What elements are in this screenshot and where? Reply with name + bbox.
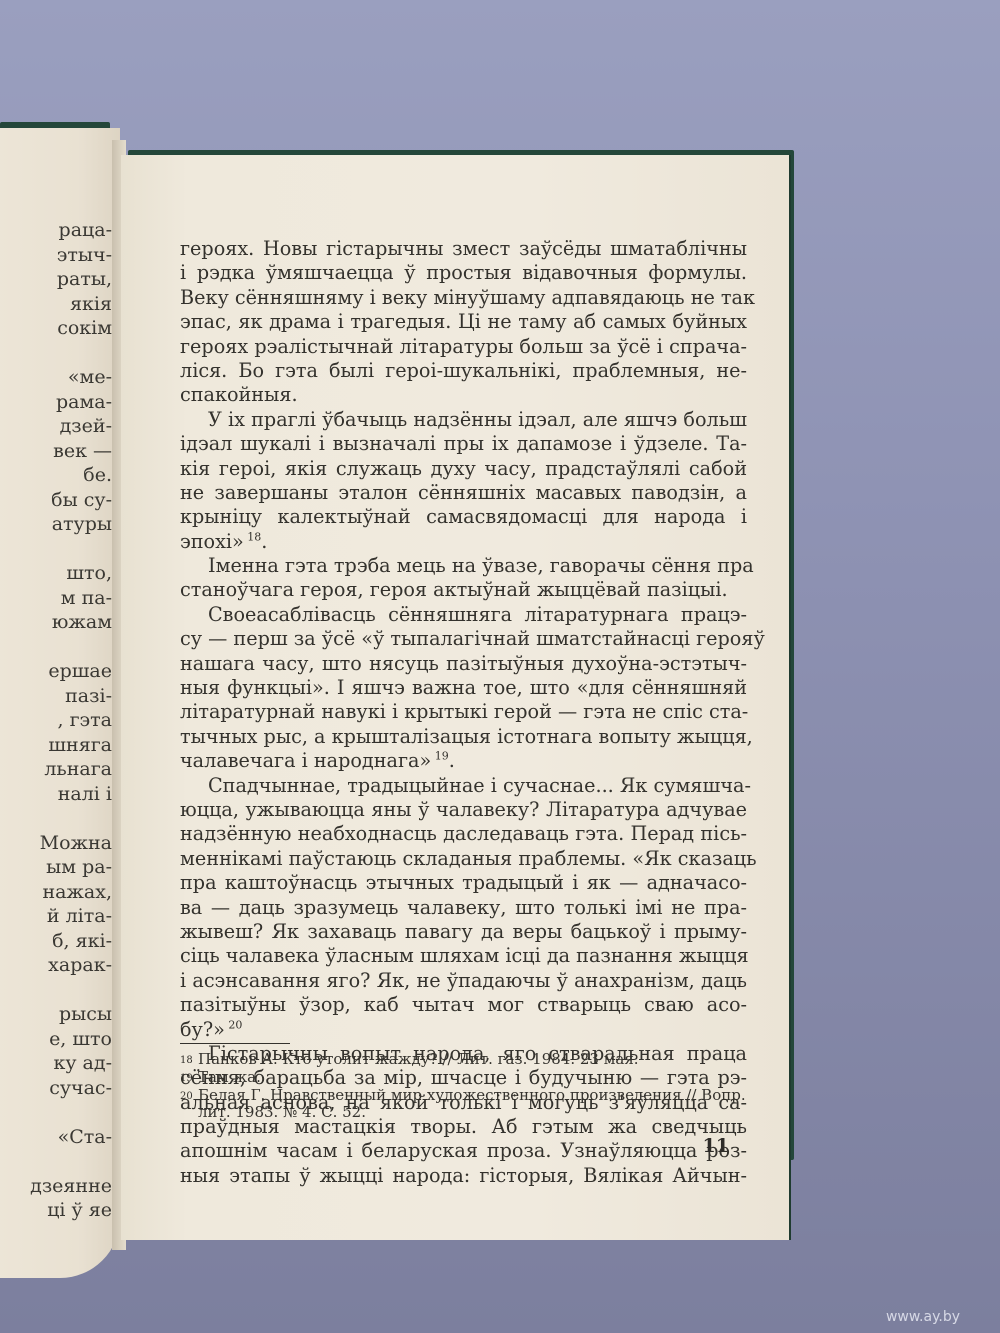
text-line: сіць чалавека ўласным шляхам ісці да паз… <box>180 944 747 968</box>
left-page-line <box>0 1149 112 1174</box>
watermark: www.ay.by <box>886 1309 960 1325</box>
text-line: і рэдка ўмяшчаецца ў простыя відавочныя … <box>180 261 747 285</box>
text-line: героях. Новы гістарычны змест заўсёды шм… <box>180 237 747 261</box>
text-line: кія героі, якія служаць духу часу, прадс… <box>180 457 747 481</box>
left-page-line <box>0 635 112 660</box>
text-line: ныя этапы ў жыцці народа: гісторыя, Вялі… <box>180 1164 747 1188</box>
left-page-line <box>0 1247 112 1272</box>
left-page-line: «ме- <box>0 365 112 390</box>
paragraph: Іменна гэта трэба мець на ўвазе, гаворач… <box>180 554 747 603</box>
text-line: крыніцу калектыўнай самасвядомасці для н… <box>180 505 747 529</box>
left-page-line: б, які- <box>0 929 112 954</box>
text-line: эпохі» 18. <box>180 530 747 554</box>
paragraph: Спадчыннае, традыцыйнае і сучаснае... Як… <box>180 774 747 1042</box>
left-page-line: м па- <box>0 586 112 611</box>
left-page-line: ку ад- <box>0 1051 112 1076</box>
left-page-line <box>0 978 112 1003</box>
text-line: Іменна гэта трэба мець на ўвазе, гаворач… <box>180 554 747 578</box>
footnote: 18Панков А. Кто утолит жажду? // Лит. га… <box>180 1051 747 1069</box>
text-line: надзённую неабходнасць даследаваць гэта.… <box>180 822 747 846</box>
left-page-line: век — <box>0 439 112 464</box>
text-line: бу?» 20 <box>180 1018 747 1042</box>
text-line: спакойныя. <box>180 383 747 407</box>
left-page-line: сокім <box>0 316 112 341</box>
left-page-line: «Ста- <box>0 1125 112 1150</box>
text-line: Спадчыннае, традыцыйнае і сучаснае... Як… <box>180 774 747 798</box>
paragraph: героях. Новы гістарычны змест заўсёды шм… <box>180 237 747 408</box>
left-page-line: шняга <box>0 733 112 758</box>
left-page-line <box>0 537 112 562</box>
left-page-line: южам <box>0 610 112 635</box>
text-line: Веку сённяшняму і веку мінуўшаму адпавяд… <box>180 286 747 310</box>
footnote-ref: 20 <box>225 1018 243 1031</box>
left-page-line: ершае <box>0 659 112 684</box>
text-line: су — перш за ўсё «ў тыпалагічнай шматста… <box>180 627 747 651</box>
text-line: чалавечага і народнага» 19. <box>180 749 747 773</box>
footnote-number: 19 <box>180 1069 198 1087</box>
footnotes: 18Панков А. Кто утолит жажду? // Лит. га… <box>180 1051 747 1121</box>
left-page-line: а. <box>0 1272 112 1279</box>
left-page-line: рысы <box>0 1002 112 1027</box>
left-page-line: дзей- <box>0 414 112 439</box>
paragraph: У іх праглі ўбачыць надзённы ідэал, але … <box>180 408 747 554</box>
left-page-line: этыч- <box>0 243 112 268</box>
left-page: раца-этыч-раты,якіясокім «ме-рама-дзей-в… <box>0 128 120 1278</box>
left-page-line: нажах, <box>0 880 112 905</box>
left-page-line: якія <box>0 292 112 317</box>
left-page-line: пазі- <box>0 684 112 709</box>
left-page-line: што, <box>0 561 112 586</box>
left-page-line: Можна <box>0 831 112 856</box>
left-page-line: ым ра- <box>0 855 112 880</box>
left-page-line: бы су- <box>0 488 112 513</box>
text-line: апошнім часам і беларуская проза. Узнаўл… <box>180 1139 747 1163</box>
text-line: эпас, як драма і трагедыя. Ці не таму аб… <box>180 310 747 334</box>
text-line: ідэал шукалі і вызначалі пры іх дапамозе… <box>180 432 747 456</box>
left-page-line: рама- <box>0 390 112 415</box>
left-page-line: льнага <box>0 757 112 782</box>
body-text: героях. Новы гістарычны змест заўсёды шм… <box>180 237 747 1188</box>
left-page-line <box>0 341 112 366</box>
footnote-text: Панков А. Кто утолит жажду? // Лит. газ.… <box>198 1051 747 1069</box>
footnote: 20Белая Г. Нравственный мир художественн… <box>180 1087 747 1121</box>
paragraph: Своеасаблівасць сённяшняга літаратурнага… <box>180 603 747 774</box>
text-line: тычных рыс, а крышталізацыя істотнага во… <box>180 725 747 749</box>
footnote-text: Белая Г. Нравственный мир художественног… <box>198 1087 747 1121</box>
text-line: нашага часу, што нясуць пазітыўныя духоў… <box>180 652 747 676</box>
footnote-number: 20 <box>180 1087 198 1121</box>
left-page-line: раты, <box>0 267 112 292</box>
text-line: жывеш? Як захаваць павагу да веры бацько… <box>180 920 747 944</box>
footnote-ref: 18 <box>244 530 262 543</box>
left-page-line: атуры <box>0 512 112 537</box>
footnote: 19Там жа. <box>180 1069 747 1087</box>
text-line: У іх праглі ўбачыць надзённы ідэал, але … <box>180 408 747 432</box>
text-line: Своеасаблівасць сённяшняга літаратурнага… <box>180 603 747 627</box>
left-page-text-fragments: раца-этыч-раты,якіясокім «ме-рама-дзей-в… <box>0 218 112 1278</box>
left-page-line <box>0 1223 112 1248</box>
text-line: і асэнсавання яго? Як, не ўпадаючы ў ана… <box>180 969 747 993</box>
left-page-line: е, што <box>0 1027 112 1052</box>
left-page-line <box>0 1100 112 1125</box>
page-number: 11 <box>703 1135 729 1157</box>
footnote-ref: 19 <box>431 750 449 763</box>
text-line: літаратурнай навукі і крытыкі герой — гэ… <box>180 700 747 724</box>
left-page-line: , гэта <box>0 708 112 733</box>
text-line: станоўчага героя, героя актыўнай жыццёва… <box>180 578 747 602</box>
left-page-line <box>0 806 112 831</box>
left-page-line: ці ў яе <box>0 1198 112 1223</box>
left-page-line: налі і <box>0 782 112 807</box>
text-line: героях рэалістычнай літаратуры больш за … <box>180 335 747 359</box>
left-page-line: сучас- <box>0 1076 112 1101</box>
left-page-line: харак- <box>0 953 112 978</box>
text-line: юцца, ужываюцца яны ў чалавеку? Літарату… <box>180 798 747 822</box>
text-line: пра каштоўнасць этычных традыцый і як — … <box>180 871 747 895</box>
left-page-line: дзеянне <box>0 1174 112 1199</box>
text-line: меннікамі паўстаюць складаныя праблемы. … <box>180 847 747 871</box>
left-page-line: бе. <box>0 463 112 488</box>
left-page-line: й літа- <box>0 904 112 929</box>
footnote-number: 18 <box>180 1051 198 1069</box>
text-line: ліся. Бо гэта былі героі-шукальнікі, пра… <box>180 359 747 383</box>
left-page-line: раца- <box>0 218 112 243</box>
text-line: не завершаны эталон сённяшніх масавых па… <box>180 481 747 505</box>
text-line: ныя функцыі». І яшчэ важна тое, што «для… <box>180 676 747 700</box>
right-page: героях. Новы гістарычны змест заўсёды шм… <box>121 155 789 1240</box>
text-line: пазітыўны ўзор, каб чытач мог стварыць с… <box>180 993 747 1017</box>
footnote-divider <box>180 1043 290 1044</box>
text-line: ва — даць зразумець чалавеку, што толькі… <box>180 896 747 920</box>
footnote-text: Там жа. <box>198 1069 747 1087</box>
